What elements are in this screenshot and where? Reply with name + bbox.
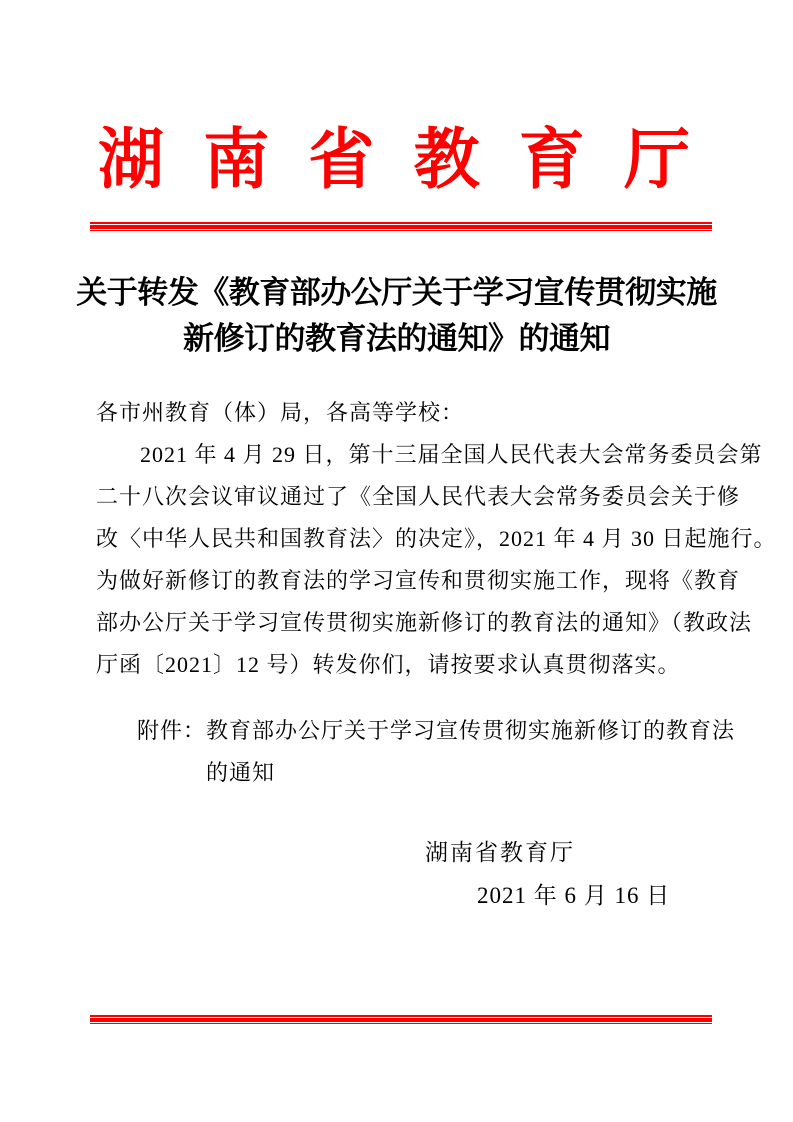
signature-agency-name: 湖南省教育厅 [425,838,575,868]
agency-header-char: 育 [519,124,585,198]
divider-thin-line [90,230,712,232]
document-title: 关于转发《教育部办公厅关于学习宣传贯彻实施 新修订的教育法的通知》的通知 [0,270,793,362]
attachment-label: 附件： [137,710,206,752]
paragraph-line: 二十八次会议审议通过了《全国人民代表大会常务委员会关于修 [96,476,712,518]
paragraph-line: 为做好新修订的教育法的学习宣传和贯彻实施工作，现将《教育 [96,560,712,602]
document-title-line-2: 新修订的教育法的通知》的通知 [0,316,793,362]
header-divider [90,222,712,231]
attachment-title: 教育部办公厅关于学习宣传贯彻实施新修订的教育法 的通知 [206,710,735,794]
document-page: 湖 南 省 教 育 厅 关于转发《教育部办公厅关于学习宣传贯彻实施 新修订的教育… [0,0,793,1122]
agency-header-char: 教 [414,124,480,198]
agency-header: 湖 南 省 教 育 厅 [98,124,690,198]
agency-header-char: 厅 [624,124,690,198]
agency-header-char: 南 [203,124,269,198]
agency-header-char: 湖 [98,124,164,198]
attachment-title-line-1: 教育部办公厅关于学习宣传贯彻实施新修订的教育法 [206,710,735,752]
attachment-block: 附件： 教育部办公厅关于学习宣传贯彻实施新修订的教育法 的通知 [96,710,712,794]
agency-header-char: 省 [308,124,374,198]
footer-divider [90,1015,712,1024]
signature-date: 2021 年 6 月 16 日 [477,881,670,911]
document-title-line-1: 关于转发《教育部办公厅关于学习宣传贯彻实施 [0,270,793,316]
paragraph-line: 部办公厅关于学习宣传贯彻实施新修订的教育法的通知》（教政法 [96,602,712,644]
paragraph-line: 改〈中华人民共和国教育法〉的决定》，2021 年 4 月 30 日起施行。 [96,518,712,560]
paragraph-line: 厅函〔2021〕12 号）转发你们，请按要求认真贯彻落实。 [96,644,712,686]
divider-thin-line [90,1023,712,1025]
document-body: 各市州教育（体）局，各高等学校： 2021 年 4 月 29 日，第十三届全国人… [96,392,712,794]
paragraph-line: 2021 年 4 月 29 日，第十三届全国人民代表大会常务委员会第 [96,434,712,476]
salutation: 各市州教育（体）局，各高等学校： [96,392,712,434]
attachment-title-line-2: 的通知 [206,752,735,794]
